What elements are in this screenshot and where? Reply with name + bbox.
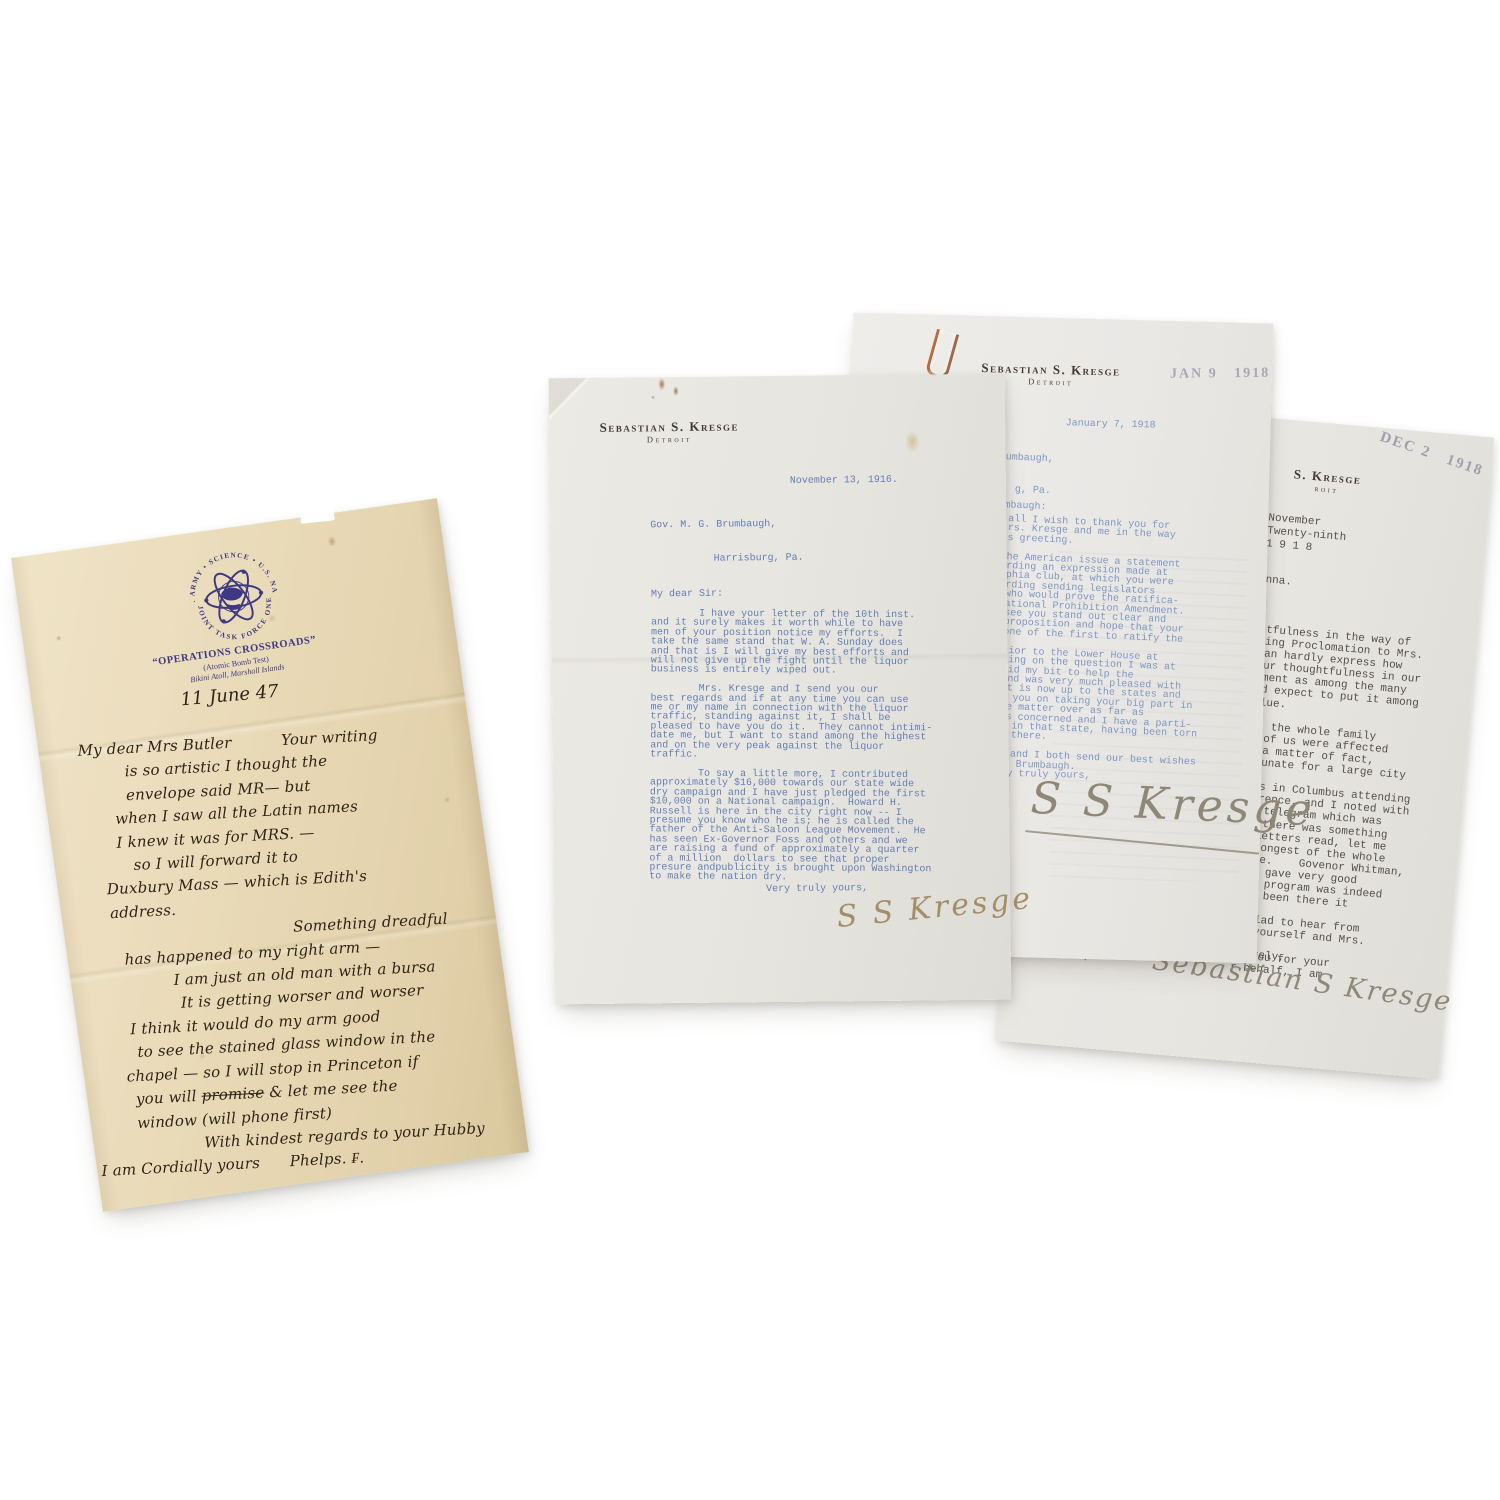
strike-before: you will — [135, 1087, 202, 1108]
handwritten-letter: U.S. ARMY • SCIENCE • U.S. NAVY JOINT TA… — [11, 498, 529, 1211]
paper-tear-notch — [300, 507, 335, 523]
handwritten-body: My dear Mrs Butler Your writing is so ar… — [65, 719, 488, 1184]
letter-body-fragments: all I wish to thank you for rs. Kresge a… — [997, 515, 1206, 777]
letter-body: I have your letter of the 10th inst. and… — [649, 609, 933, 884]
salutation: My dear Sir: — [651, 589, 723, 601]
letter-date: November Twenty-ninth 1 9 1 8 — [1265, 512, 1347, 558]
received-date-stamp: DEC 2 1918 — [1378, 429, 1486, 480]
recipient-fragment: umbaugh, — [1005, 452, 1053, 465]
letter-nov-13-1916: Sebastian S. Kresge Detroit November 13,… — [549, 374, 1012, 1005]
photograph-of-letters: DEC 2 1918 S. Kresge roit November Twent… — [0, 0, 1500, 1500]
letterhead-city: Detroit — [549, 433, 789, 446]
joint-task-force-atom-logo: U.S. ARMY • SCIENCE • U.S. NAVY JOINT TA… — [178, 541, 289, 652]
strike-after: & let me see the — [264, 1077, 398, 1102]
handwritten-date: 11 June 47 — [180, 681, 280, 710]
salutation-fragment: mbaugh: — [1004, 500, 1046, 513]
recipient-name: Gov. M. G. Brumbaugh, — [650, 519, 776, 531]
recipient-city: Harrisburg, Pa. — [714, 553, 804, 565]
closing-line: Very truly yours, — [766, 883, 868, 895]
letter-date: November 13, 1916. — [790, 475, 898, 487]
recipient-city-fragment: g, Pa. — [1015, 485, 1051, 498]
struck-word: promise — [201, 1084, 265, 1105]
letterhead: Sebastian S. Kresge Detroit — [549, 418, 789, 446]
letter-date: January 7, 1918 — [1065, 418, 1155, 431]
signature-underline-flourish — [1025, 830, 1259, 855]
